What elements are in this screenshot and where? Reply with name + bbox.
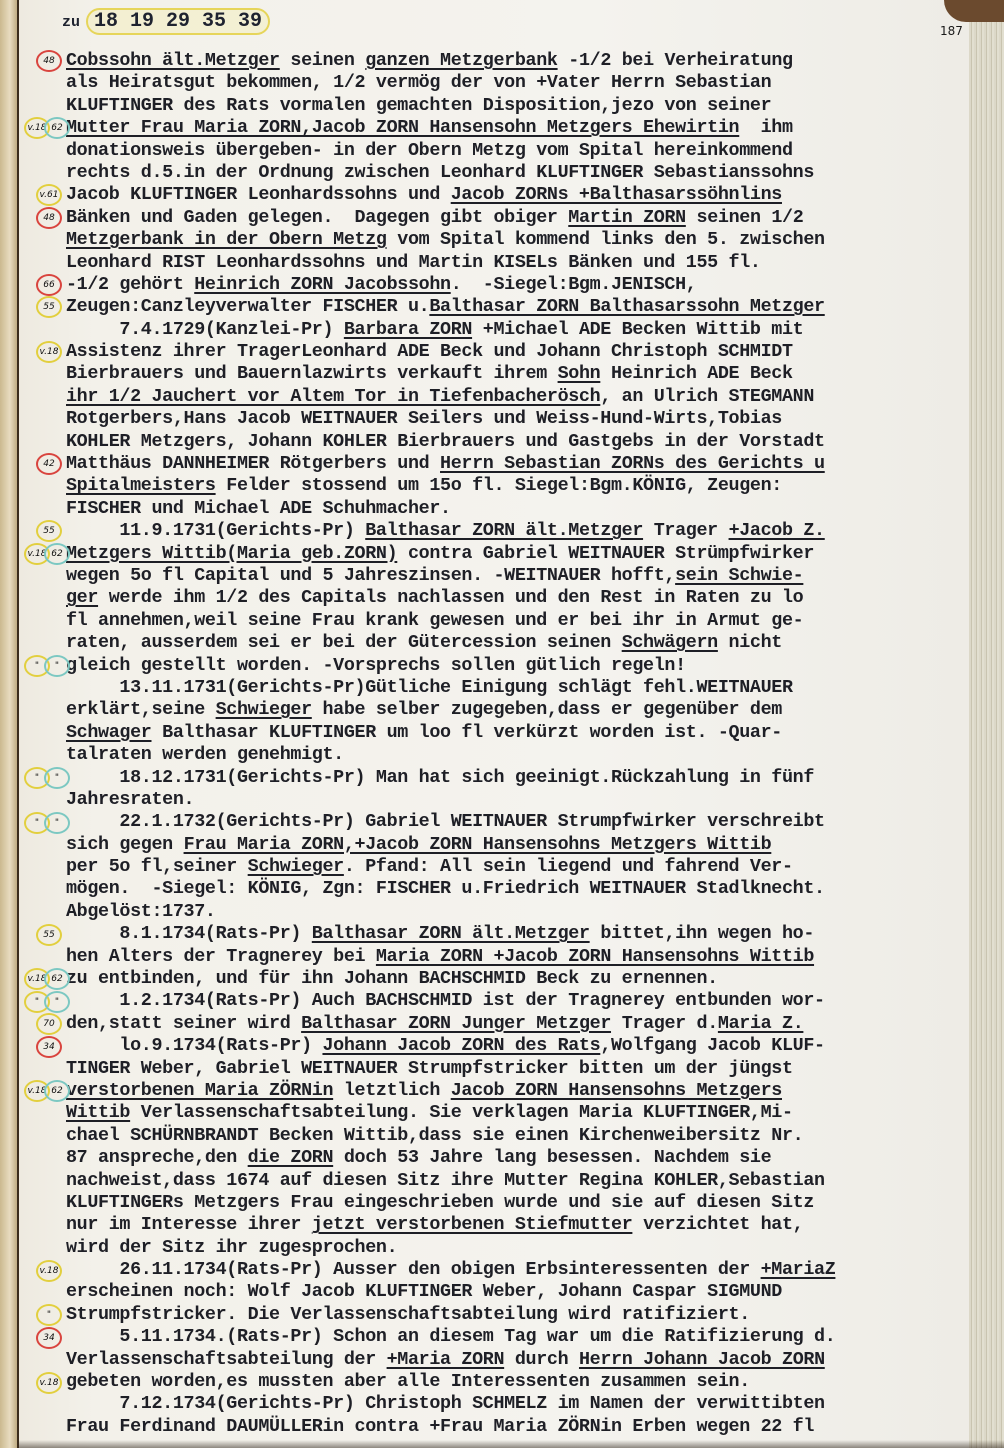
text-line: FISCHER und Michael ADE Schuhmacher. [66, 498, 986, 520]
margin-annotation-circle: " [44, 991, 70, 1013]
text-line: KOHLER Metzgers, Johann KOHLER Bierbraue… [66, 431, 986, 453]
text-line: Strumpfstricker. Die Verlassenschaftsabt… [66, 1304, 986, 1326]
text-line: 8.1.1734(Rats-Pr) Balthasar ZORN ält.Met… [66, 923, 986, 945]
text-line: 13.11.1731(Gerichts-Pr)Gütliche Einigung… [66, 677, 986, 699]
text-line: nur im Interesse ihrer jetzt verstorbene… [66, 1214, 986, 1236]
text-line: 87 anspreche,den die ZORN doch 53 Jahre … [66, 1147, 986, 1169]
text-line: mögen. -Siegel: KÖNIG, Zgn: FISCHER u.Fr… [66, 878, 986, 900]
text-line: 7.12.1734(Gerichts-Pr) Christoph SCHMELZ… [66, 1393, 986, 1415]
text-line: ger werde ihm 1/2 des Capitals nachlasse… [66, 587, 986, 609]
text-line: 11.9.1731(Gerichts-Pr) Balthasar ZORN äl… [66, 520, 986, 542]
margin-annotation-circle: " [44, 767, 70, 789]
text-line: 5.11.1734.(Rats-Pr) Schon an diesem Tag … [66, 1326, 986, 1348]
text-line: KLUFTINGERs Metzgers Frau eingeschrieben… [66, 1192, 986, 1214]
highlighted-reference-numbers: 18 19 29 35 39 [86, 8, 270, 35]
text-line: chael SCHÜRNBRANDT Becken Wittib,dass si… [66, 1125, 986, 1147]
text-line: Schwager Balthasar KLUFTINGER um loo fl … [66, 722, 986, 744]
text-line: per 5o fl,seiner Schwieger. Pfand: All s… [66, 856, 986, 878]
text-line: als Heiratsgut bekommen, 1/2 vermög der … [66, 72, 986, 94]
text-line: 22.1.1732(Gerichts-Pr) Gabriel WEITNAUER… [66, 811, 986, 833]
text-line: hen Alters der Tragnerey bei Maria ZORN … [66, 946, 986, 968]
text-line: Verlassenschaftsabteilung der +Maria ZOR… [66, 1349, 986, 1371]
text-line: sich gegen Frau Maria ZORN,+Jacob ZORN H… [66, 834, 986, 856]
margin-annotation-circle: 48 [36, 207, 62, 229]
text-line: Leonhard RIST Leonhardssohns und Martin … [66, 252, 986, 274]
text-line: Mutter Frau Maria ZORN,Jacob ZORN Hansen… [66, 117, 986, 139]
text-line: wird der Sitz ihr zugesprochen. [66, 1237, 986, 1259]
text-line: gleich gestellt worden. -Vorsprechs soll… [66, 655, 986, 677]
text-line: Bierbrauers und Bauernlazwirts verkauft … [66, 363, 986, 385]
text-line: talraten werden genehmigt. [66, 744, 986, 766]
text-line: Abgelöst:1737. [66, 901, 986, 923]
text-line: Cobssohn ält.Metzger seinen ganzen Metzg… [66, 50, 986, 72]
text-line: nachweist,dass 1674 auf diesen Sitz ihre… [66, 1170, 986, 1192]
text-line: lo.9.1734(Rats-Pr) Johann Jacob ZORN des… [66, 1035, 986, 1057]
text-line: Metzgerbank in der Obern Metzg vom Spita… [66, 229, 986, 251]
text-line: Frau Ferdinand DAUMÜLLERin contra +Frau … [66, 1416, 986, 1438]
text-line: gebeten worden,es mussten aber alle Inte… [66, 1371, 986, 1393]
margin-annotation-circle: 34 [36, 1327, 62, 1349]
text-line: 26.11.1734(Rats-Pr) Ausser den obigen Er… [66, 1259, 986, 1281]
text-line: Wittib Verlassenschaftsabteilung. Sie ve… [66, 1102, 986, 1124]
text-line: Metzgers Wittib(Maria geb.ZORN) contra G… [66, 543, 986, 565]
text-line: Jahresraten. [66, 789, 986, 811]
text-line: erscheinen noch: Wolf Jacob KLUFTINGER W… [66, 1281, 986, 1303]
text-line: Spitalmeisters Felder stossend um 15o fl… [66, 475, 986, 497]
text-line: 18.12.1731(Gerichts-Pr) Man hat sich gee… [66, 767, 986, 789]
typed-transcript: Cobssohn ält.Metzger seinen ganzen Metzg… [66, 50, 986, 1438]
text-line: Matthäus DANNHEIMER Rötgerbers und Herrn… [66, 453, 986, 475]
text-line: 1.2.1734(Rats-Pr) Auch BACHSCHMID ist de… [66, 990, 986, 1012]
cross-references: zu18 19 29 35 39 [62, 8, 270, 35]
text-line: den,statt seiner wird Balthasar ZORN Jun… [66, 1013, 986, 1035]
text-line: wegen 5o fl Capital und 5 Jahreszinsen. … [66, 565, 986, 587]
text-line: Jacob KLUFTINGER Leonhardssohns und Jaco… [66, 184, 986, 206]
text-line: erklärt,seine Schwieger habe selber zuge… [66, 699, 986, 721]
margin-annotation-circle: v.18 [36, 1372, 62, 1394]
margin-annotation-circle: v.18 [36, 1260, 62, 1282]
margin-annotation-circle: 34 [36, 1036, 62, 1058]
margin-annotation-circle: 62 [44, 543, 70, 565]
text-line: 7.4.1729(Kanzlei-Pr) Barbara ZORN +Micha… [66, 319, 986, 341]
margin-annotation-circle: " [44, 655, 70, 677]
book-spine [0, 0, 18, 1448]
text-line: -1/2 gehört Heinrich ZORN Jacobssohn. -S… [66, 274, 986, 296]
margin-annotation-circle: 66 [36, 274, 62, 296]
text-line: zu entbinden, und für ihn Johann BACHSCH… [66, 968, 986, 990]
reference-prefix: zu [62, 14, 80, 31]
text-line: rechts d.5.in der Ordnung zwischen Leonh… [66, 162, 986, 184]
text-line: verstorbenen Maria ZÖRNin letztlich Jaco… [66, 1080, 986, 1102]
text-line: fl annehmen,weil seine Frau krank gewese… [66, 610, 986, 632]
text-line: TINGER Weber, Gabriel WEITNAUER Strumpfs… [66, 1058, 986, 1080]
page-bottom-shadow [19, 1440, 1004, 1448]
margin-annotation-circle: 48 [36, 50, 62, 72]
text-line: Assistenz ihrer TragerLeonhard ADE Beck … [66, 341, 986, 363]
margin-annotation-circle: " [44, 812, 70, 834]
text-line: KLUFTINGER des Rats vormalen gemachten D… [66, 95, 986, 117]
margin-annotation-circle: 55 [36, 924, 62, 946]
text-line: Rotgerbers,Hans Jacob WEITNAUER Seilers … [66, 408, 986, 430]
text-line: Zeugen:Canzleyverwalter FISCHER u.Baltha… [66, 296, 986, 318]
text-line: raten, ausserdem sei er bei der Güterces… [66, 632, 986, 654]
page-number: 187 [940, 24, 963, 38]
text-line: donationsweis übergeben- in der Obern Me… [66, 140, 986, 162]
text-line: ihr 1/2 Jauchert vor Altem Tor in Tiefen… [66, 386, 986, 408]
text-line: Bänken und Gaden gelegen. Dagegen gibt o… [66, 207, 986, 229]
